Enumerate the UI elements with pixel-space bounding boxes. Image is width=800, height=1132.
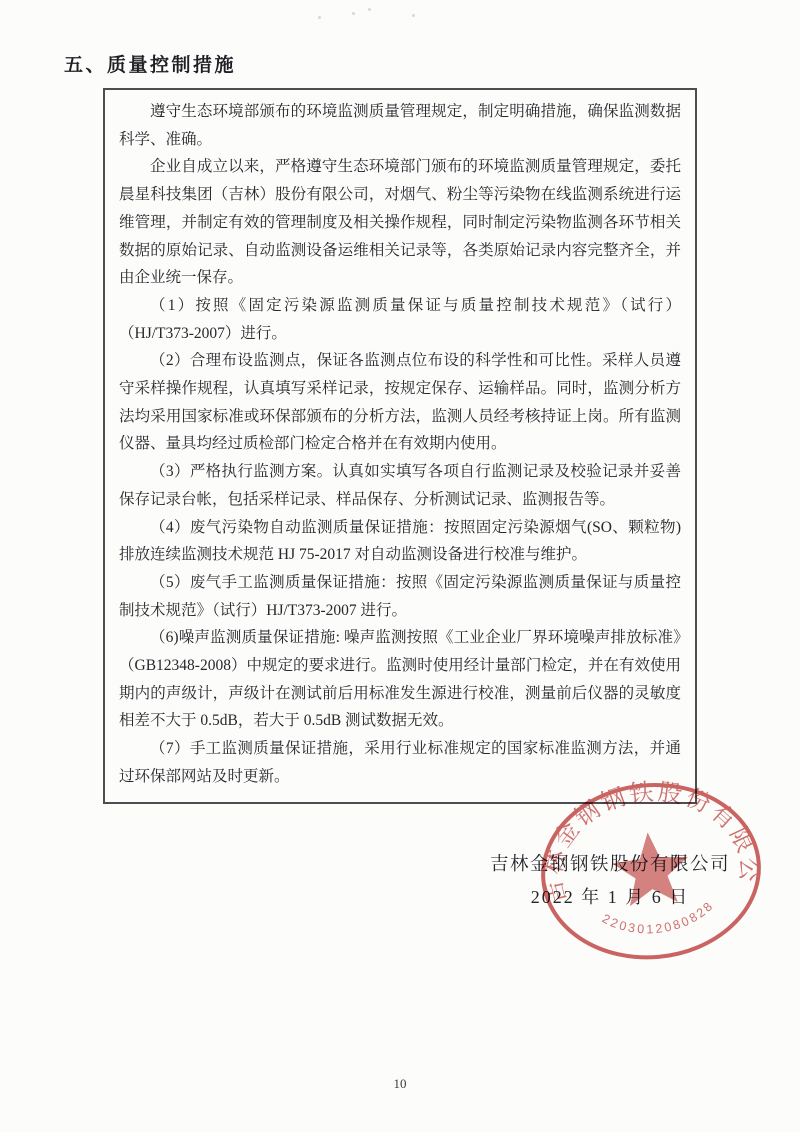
paragraph: 企业自成立以来，严格遵守生态环境部门颁布的环境监测质量管理规定，委托晨星科技集团… bbox=[119, 153, 681, 292]
scan-artifact bbox=[368, 8, 371, 11]
scan-artifact bbox=[352, 12, 355, 15]
paragraph: （7）手工监测质量保证措施，采用行业标准规定的国家标准监测方法，并通过环保部网站… bbox=[119, 735, 681, 790]
paragraph: （5）废气手工监测质量保证措施：按照《固定污染源监测质量保证与质量控制技术规范》… bbox=[119, 569, 681, 624]
paragraph: （2）合理布设监测点，保证各监测点位布设的科学性和可比性。采样人员遵守采样操作规… bbox=[119, 347, 681, 458]
paragraph: 遵守生态环境部颁布的环境监测质量管理规定，制定明确措施，确保监测数据科学、准确。 bbox=[119, 98, 681, 153]
content-box: 遵守生态环境部颁布的环境监测质量管理规定，制定明确措施，确保监测数据科学、准确。… bbox=[103, 88, 697, 804]
paragraph: （3）严格执行监测方案。认真如实填写各项自行监测记录及校验记录并妥善保存记录台帐… bbox=[119, 458, 681, 513]
scan-artifact bbox=[412, 14, 415, 17]
company-name: 吉林金钢钢铁股份有限公司 bbox=[460, 850, 760, 880]
paragraph: （4）废气污染物自动监测质量保证措施：按照固定污染源烟气(SO、颗粒物)排放连续… bbox=[119, 514, 681, 569]
scan-artifact bbox=[318, 16, 321, 19]
paragraph: （1）按照《固定污染源监测质量保证与质量控制技术规范》（试行）（HJ/T373-… bbox=[119, 292, 681, 347]
document-page: 五、质量控制措施 遵守生态环境部颁布的环境监测质量管理规定，制定明确措施，确保监… bbox=[0, 0, 800, 1132]
page-number: 10 bbox=[0, 1076, 800, 1092]
signature-block: 吉林金钢钢铁股份有限公司 2022 年 1 月 6 日 bbox=[460, 850, 760, 914]
section-title: 五、质量控制措施 bbox=[64, 50, 236, 77]
paragraph: （6)噪声监测质量保证措施: 噪声监测按照《工业企业厂界环境噪声排放标准》（GB… bbox=[119, 624, 681, 735]
signature-date: 2022 年 1 月 6 日 bbox=[460, 880, 760, 914]
